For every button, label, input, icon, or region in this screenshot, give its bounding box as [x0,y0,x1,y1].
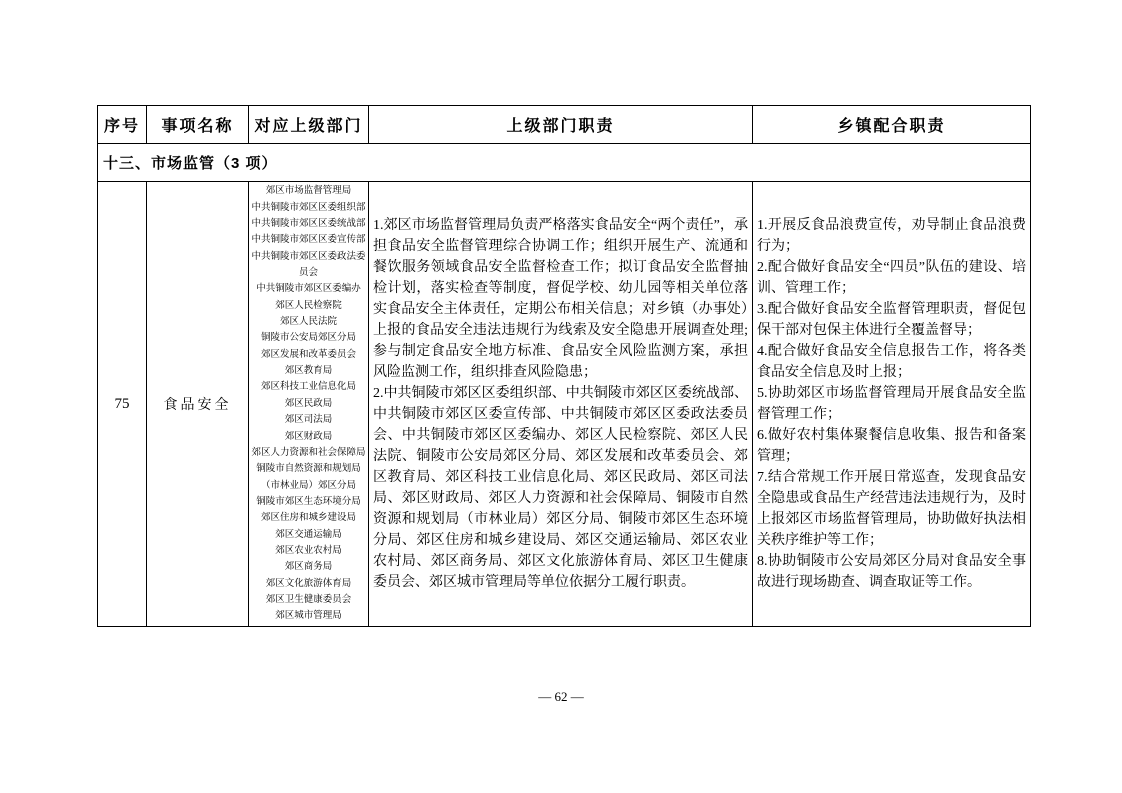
table-header-row: 序号 事项名称 对应上级部门 上级部门职责 乡镇配合职责 [98,106,1031,144]
department-name: 中共铜陵市郊区区委组织部 [251,200,366,216]
department-name: 郊区市场监督管理局 [251,183,366,199]
township-duty-item: 1.开展反食品浪费宣传，劝导制止食品浪费行为； [757,215,1026,257]
department-name: 郊区民政局 [251,396,366,412]
department-name: 郊区人力资源和社会保障局 [251,445,366,461]
superior-departments-cell: 郊区市场监督管理局中共铜陵市郊区区委组织部中共铜陵市郊区区委统战部中共铜陵市郊区… [249,182,369,627]
township-duty-item: 3.配合做好食品安全监督管理职责，督促包保干部对包保主体进行全覆盖督导； [757,299,1026,341]
department-name: 郊区司法局 [251,412,366,428]
department-name: 郊区农业农村局 [251,543,366,559]
section-row: 十三、市场监管（3 项） [98,144,1031,182]
township-duty-item: 7.结合常规工作开展日常巡查，发现食品安全隐患或食品生产经营违法违规行为，及时上… [757,467,1026,551]
department-name: 郊区教育局 [251,363,366,379]
department-name: 郊区人民法院 [251,314,366,330]
header-item-name: 事项名称 [147,106,249,144]
department-name: 郊区交通运输局 [251,527,366,543]
header-superior-department: 对应上级部门 [249,106,369,144]
department-name: 中共铜陵市郊区区委政法委员会 [251,249,366,282]
township-duty-item: 5.协助郊区市场监督管理局开展食品安全监督管理工作； [757,383,1026,425]
item-name-cell: 食品安全 [147,182,249,627]
township-duty-item: 8.协助铜陵市公安局郊区分局对食品安全事故进行现场勘查、调查取证等工作。 [757,551,1026,593]
township-duty-item: 2.配合做好食品安全“四员”队伍的建设、培训、管理工作； [757,257,1026,299]
department-name: 中共铜陵市郊区区委统战部 [251,216,366,232]
section-title: 十三、市场监管（3 项） [98,144,1031,182]
department-name: 中共铜陵市郊区区委编办 [251,281,366,297]
department-name: 郊区人民检察院 [251,298,366,314]
department-name: 铜陵市郊区生态环境分局 [251,494,366,510]
superior-duty-paragraph: 1.郊区市场监督管理局负责严格落实食品安全“两个责任”，承担食品安全监督管理综合… [373,215,748,383]
superior-duty-paragraph: 2.中共铜陵市郊区区委组织部、中共铜陵市郊区区委统战部、中共铜陵市郊区区委宣传部… [373,383,748,593]
header-superior-duties: 上级部门职责 [369,106,753,144]
page-number: — 62 — [0,689,1122,705]
department-name: 郊区科技工业信息化局 [251,379,366,395]
department-name: 郊区财政局 [251,429,366,445]
superior-duties-cell: 1.郊区市场监督管理局负责严格落实食品安全“两个责任”，承担食品安全监督管理综合… [369,182,753,627]
township-duty-item: 6.做好农村集体聚餐信息收集、报告和备案管理； [757,425,1026,467]
header-township-duties: 乡镇配合职责 [753,106,1031,144]
department-name: 郊区发展和改革委员会 [251,347,366,363]
department-name: 郊区住房和城乡建设局 [251,510,366,526]
township-duty-item: 4.配合做好食品安全信息报告工作，将各类食品安全信息及时上报； [757,341,1026,383]
department-name: 铜陵市自然资源和规划局（市林业局）郊区分局 [251,461,366,494]
serial-number-cell: 75 [98,182,147,627]
township-duties-cell: 1.开展反食品浪费宣传，劝导制止食品浪费行为；2.配合做好食品安全“四员”队伍的… [753,182,1031,627]
department-name: 郊区卫生健康委员会 [251,592,366,608]
department-name: 郊区城市管理局 [251,608,366,624]
department-name: 郊区文化旅游体育局 [251,576,366,592]
header-serial-number: 序号 [98,106,147,144]
responsibility-table: 序号 事项名称 对应上级部门 上级部门职责 乡镇配合职责 十三、市场监管（3 项… [97,105,1031,627]
department-name: 郊区商务局 [251,559,366,575]
department-name: 中共铜陵市郊区区委宣传部 [251,232,366,248]
department-name: 铜陵市公安局郊区分局 [251,330,366,346]
document-page: 序号 事项名称 对应上级部门 上级部门职责 乡镇配合职责 十三、市场监管（3 项… [0,0,1122,793]
table-row: 75 食品安全 郊区市场监督管理局中共铜陵市郊区区委组织部中共铜陵市郊区区委统战… [98,182,1031,627]
